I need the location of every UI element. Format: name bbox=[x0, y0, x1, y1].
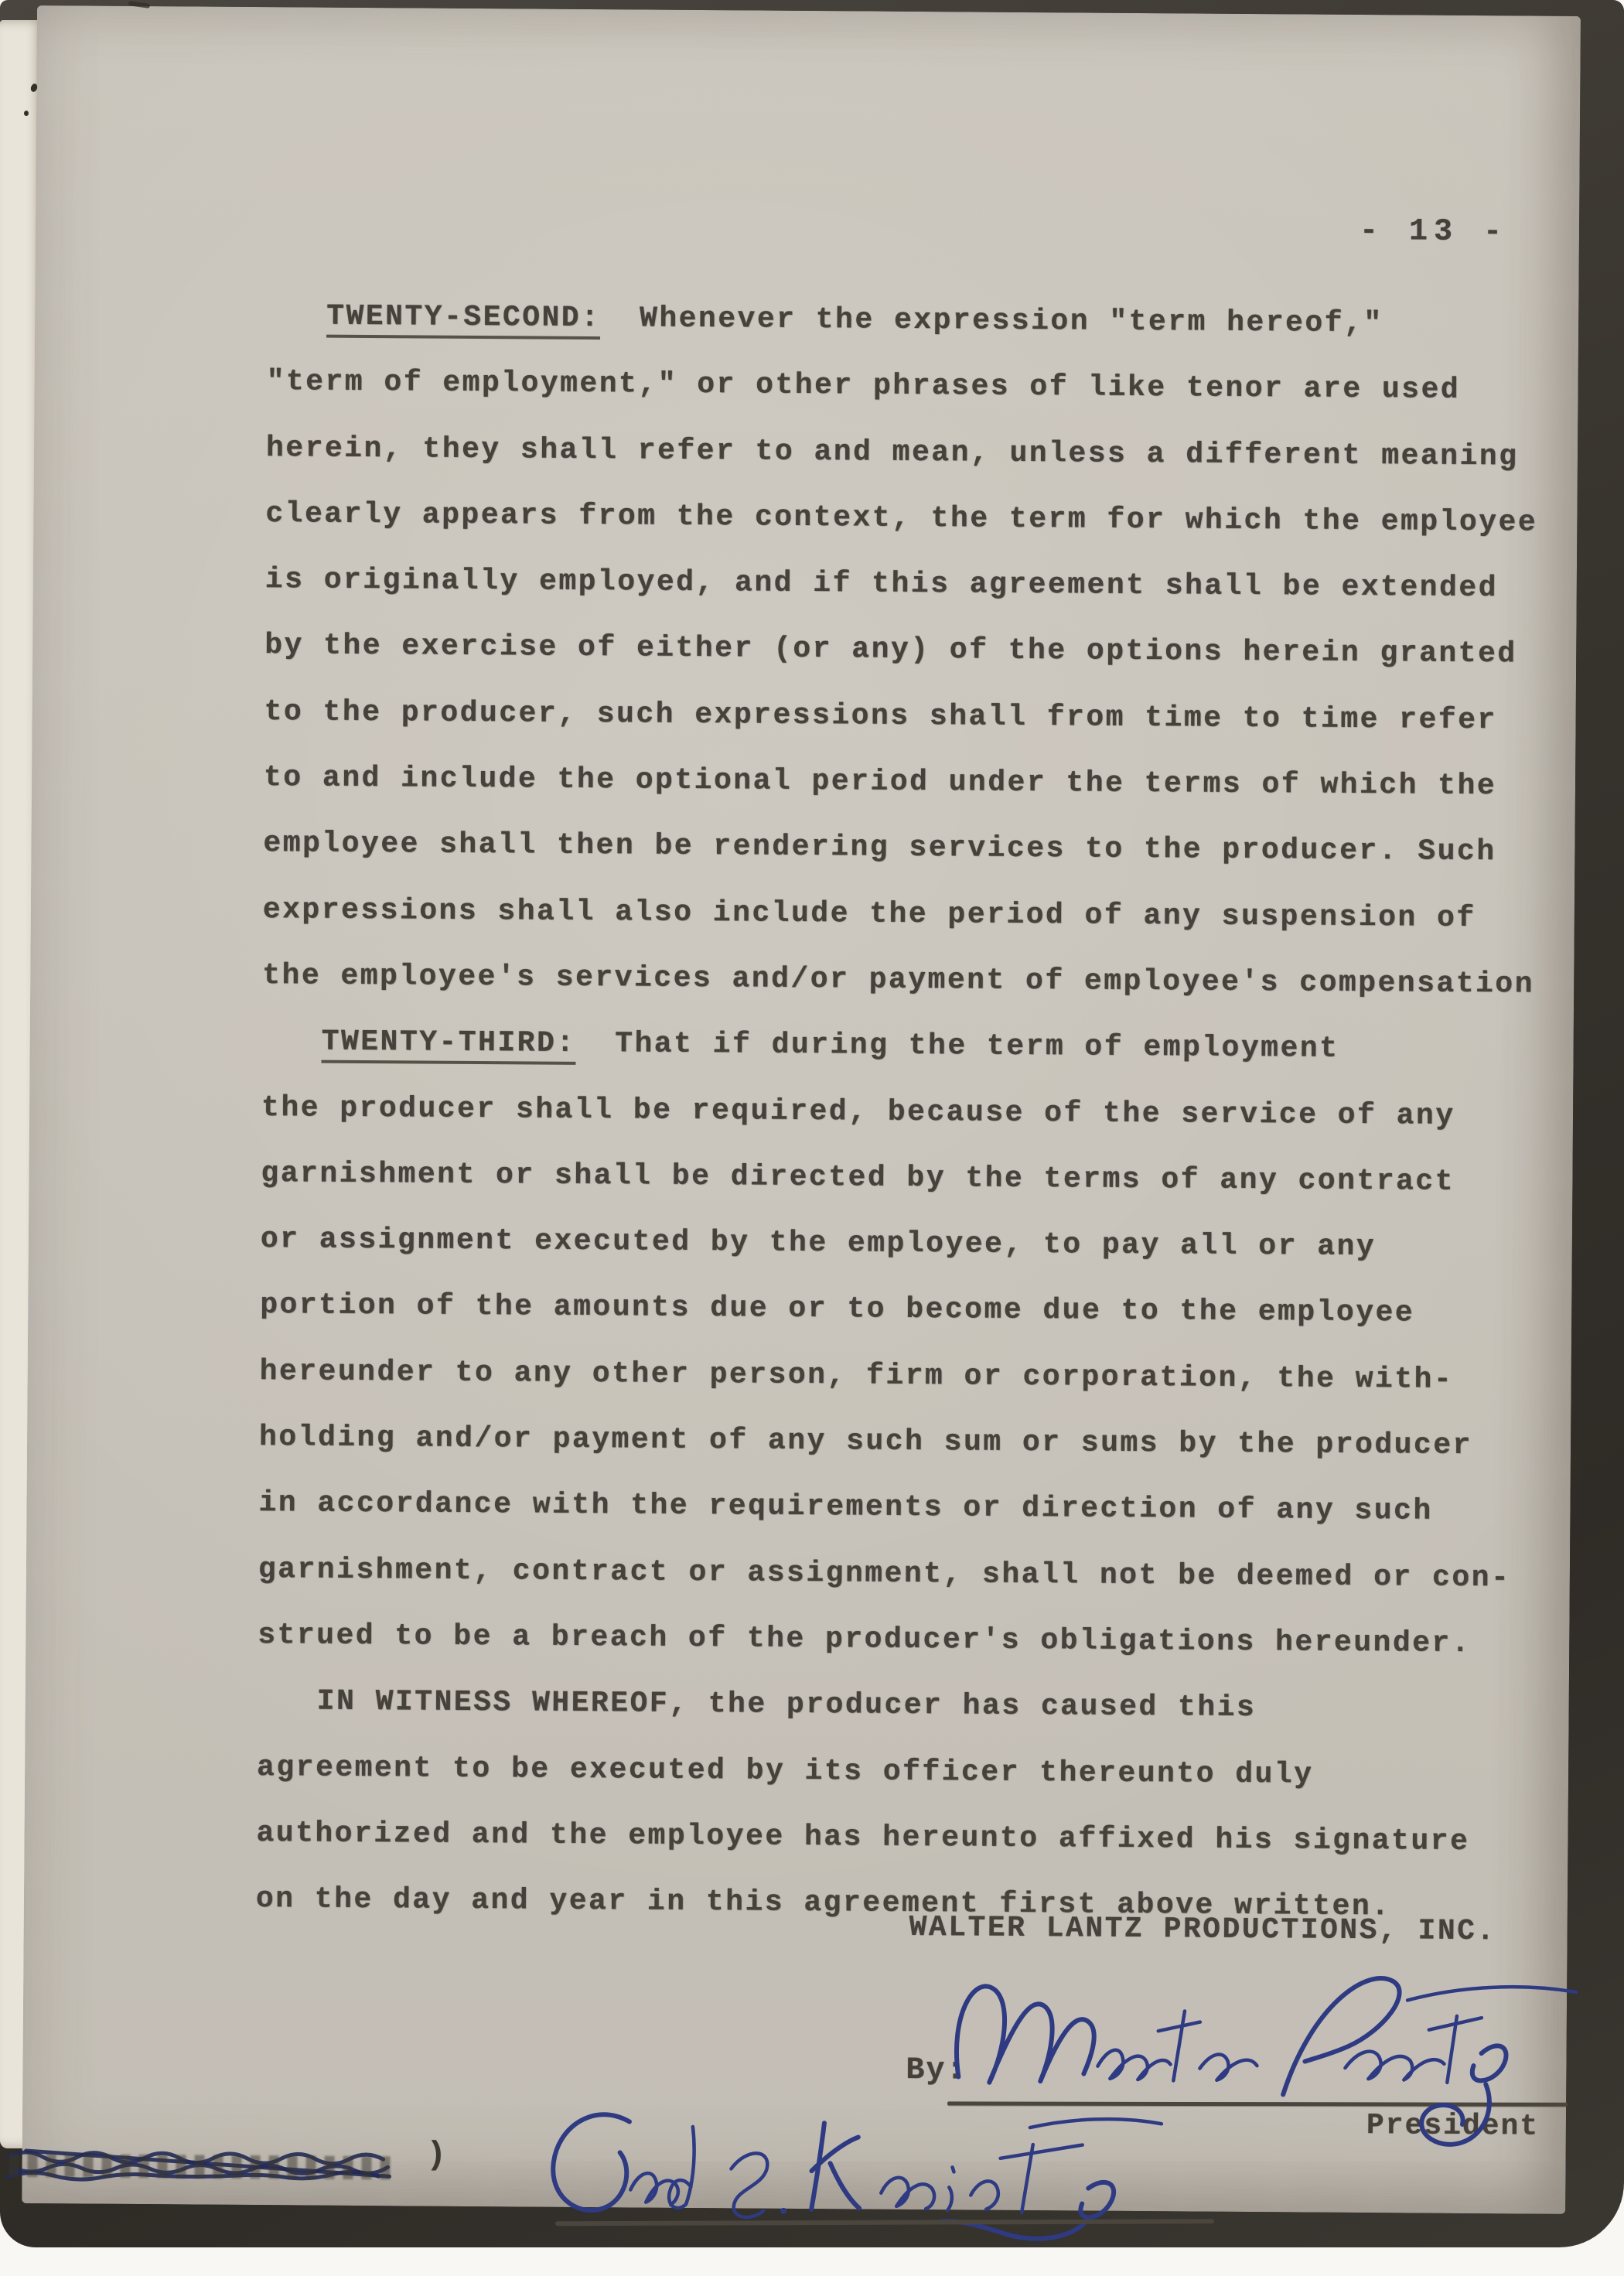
clause-heading: TWENTY-THIRD: bbox=[321, 1025, 575, 1065]
struck-out-text bbox=[2, 2134, 436, 2199]
document-line: agreement to be executed by its officer … bbox=[257, 1735, 1595, 1810]
document-line: portion of the amounts due or to become … bbox=[260, 1273, 1598, 1348]
clause-heading: TWENTY-SECOND: bbox=[326, 300, 601, 340]
company-name: WALTER LANTZ PRODUCTIONS, INC. bbox=[909, 1905, 1496, 1955]
contract-body: TWENTY-SECOND: Whenever the expression "… bbox=[256, 283, 1605, 1941]
clause-lead-text: Whenever the expression "term hereof," bbox=[600, 302, 1383, 340]
document-line: garnishment, contract or assignment, sha… bbox=[258, 1537, 1597, 1612]
photographed-document: - 13 - TWENTY-SECOND: Whenever the expre… bbox=[0, 0, 1624, 2276]
paper-speck bbox=[24, 111, 29, 116]
document-line: garnishment or shall be directed by the … bbox=[261, 1141, 1599, 1216]
document-line: is originally employed, and if this agre… bbox=[265, 547, 1604, 622]
document-line: herein, they shall refer to and mean, un… bbox=[266, 415, 1605, 490]
closing-paren: ) bbox=[426, 2137, 446, 2174]
document-line: employee shall then be rendering service… bbox=[263, 810, 1602, 885]
document-line: hereunder to any other person, firm or c… bbox=[259, 1339, 1598, 1414]
document-line: authorized and the employee has hereunto… bbox=[256, 1800, 1595, 1875]
document-line: strued to be a breach of the producer's … bbox=[258, 1602, 1596, 1677]
document-line: TWENTY-SECOND: Whenever the expression "… bbox=[267, 283, 1605, 358]
document-line: IN WITNESS WHEREOF, the producer has cau… bbox=[257, 1668, 1595, 1743]
document-line: to the producer, such expressions shall … bbox=[264, 679, 1602, 754]
employee-signature bbox=[528, 2093, 1279, 2261]
document-line: or assignment executed by the employee, … bbox=[261, 1206, 1599, 1281]
document-line: TWENTY-THIRD: That if during the term of… bbox=[261, 1008, 1600, 1083]
document-line: clearly appears from the context, the te… bbox=[265, 481, 1604, 556]
document-line: expressions shall also include the perio… bbox=[263, 877, 1602, 952]
document-line: by the exercise of either (or any) of th… bbox=[264, 613, 1603, 688]
document-line: to and include the optional period under… bbox=[264, 745, 1602, 820]
clause-lead-text: That if during the term of employment bbox=[575, 1027, 1339, 1066]
illegible-typed-text bbox=[9, 2154, 395, 2179]
document-line: holding and/or payment of any such sum o… bbox=[259, 1404, 1598, 1479]
document-line: the producer shall be required, because … bbox=[261, 1075, 1600, 1150]
document-line: in accordance with the requirements or d… bbox=[258, 1470, 1597, 1545]
contract-page: - 13 - TWENTY-SECOND: Whenever the expre… bbox=[22, 5, 1581, 2214]
document-line: the employee's services and/or payment o… bbox=[262, 943, 1601, 1018]
page-number: - 13 - bbox=[1360, 214, 1508, 250]
document-line: "term of employment," or other phrases o… bbox=[266, 349, 1605, 424]
